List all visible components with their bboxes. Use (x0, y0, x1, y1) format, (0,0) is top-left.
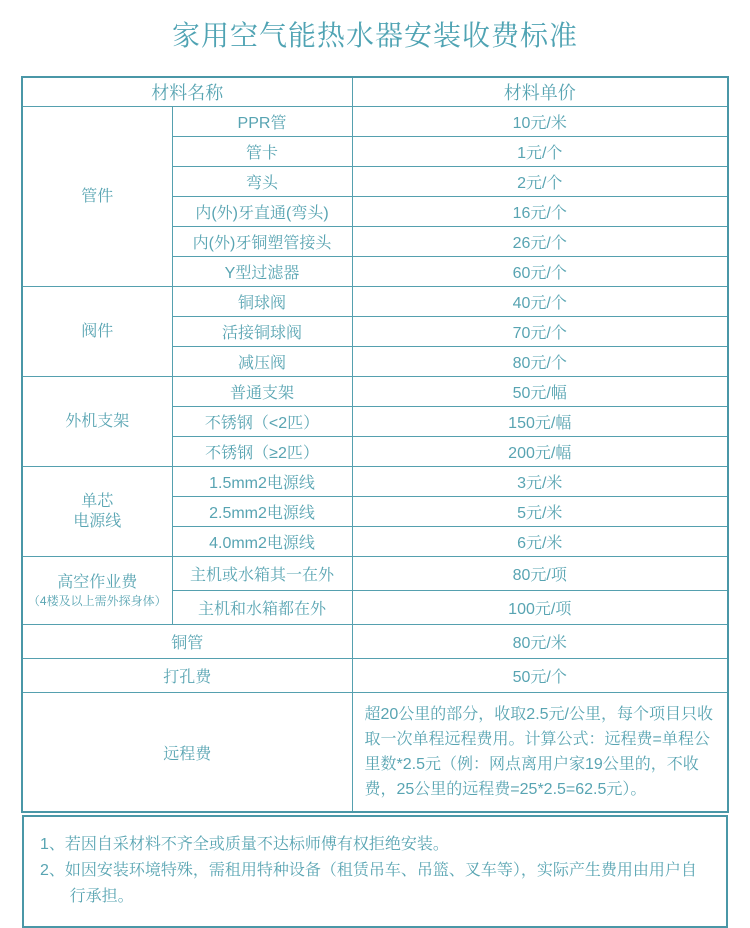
material-price-cell: 10元/米 (352, 107, 728, 137)
material-price-cell: 超20公里的部分，收取2.5元/公里，每个项目只收取一次单程远程费用。计算公式：… (352, 693, 728, 813)
pricing-sheet: 家用空气能热水器安装收费标准 材料名称 材料单价 管件PPR管10元/米管卡1元… (0, 0, 750, 928)
table-row: 单芯电源线1.5mm2电源线3元/米 (22, 467, 728, 497)
group-label: 阀件 (22, 287, 172, 377)
page-title: 家用空气能热水器安装收费标准 (0, 14, 750, 54)
column-header-unit-price: 材料单价 (352, 77, 728, 107)
material-price-cell: 200元/幅 (352, 437, 728, 467)
table-row: 阀件铜球阀40元/个 (22, 287, 728, 317)
table-row: 外机支架普通支架50元/幅 (22, 377, 728, 407)
material-name-cell: 不锈钢（≥2匹） (172, 437, 352, 467)
table-header-row: 材料名称 材料单价 (22, 77, 728, 107)
material-price-cell: 3元/米 (352, 467, 728, 497)
material-price-cell: 2元/个 (352, 167, 728, 197)
material-price-cell: 70元/个 (352, 317, 728, 347)
material-price-cell: 150元/幅 (352, 407, 728, 437)
table-row: 铜管80元/米 (22, 625, 728, 659)
material-name-cell: 弯头 (172, 167, 352, 197)
material-name-cell: 2.5mm2电源线 (172, 497, 352, 527)
note-2: 2、如因安装环境特殊，需租用特种设备（租赁吊车、吊篮、叉车等），实际产生费用由用… (40, 858, 708, 910)
group-label: 外机支架 (22, 377, 172, 467)
material-price-cell: 80元/个 (352, 347, 728, 377)
column-header-material-name: 材料名称 (22, 77, 352, 107)
price-table: 材料名称 材料单价 管件PPR管10元/米管卡1元/个弯头2元/个内(外)牙直通… (21, 76, 729, 813)
material-name-cell: 内(外)牙直通(弯头) (172, 197, 352, 227)
material-price-cell: 60元/个 (352, 257, 728, 287)
table-row: 管件PPR管10元/米 (22, 107, 728, 137)
material-name-cell: 内(外)牙铜塑管接头 (172, 227, 352, 257)
material-name-cell: 管卡 (172, 137, 352, 167)
table-body: 管件PPR管10元/米管卡1元/个弯头2元/个内(外)牙直通(弯头)16元/个内… (22, 107, 728, 813)
material-name-cell: 活接铜球阀 (172, 317, 352, 347)
material-name-cell: 铜管 (22, 625, 352, 659)
table-row: 远程费超20公里的部分，收取2.5元/公里，每个项目只收取一次单程远程费用。计算… (22, 693, 728, 813)
material-price-cell: 26元/个 (352, 227, 728, 257)
table-row: 高空作业费（4楼及以上需外探身体）主机或水箱其一在外80元/项 (22, 557, 728, 591)
table-row: 打孔费50元/个 (22, 659, 728, 693)
material-price-cell: 100元/项 (352, 591, 728, 625)
material-price-cell: 80元/项 (352, 557, 728, 591)
material-name-cell: 普通支架 (172, 377, 352, 407)
group-label: 单芯电源线 (22, 467, 172, 557)
material-name-cell: 主机和水箱都在外 (172, 591, 352, 625)
material-name-cell: 铜球阀 (172, 287, 352, 317)
notes-box: 1、若因自采材料不齐全或质量不达标师傅有权拒绝安装。 2、如因安装环境特殊，需租… (22, 815, 728, 928)
group-subtitle: （4楼及以上需外探身体） (23, 594, 172, 608)
material-price-cell: 6元/米 (352, 527, 728, 557)
material-price-cell: 5元/米 (352, 497, 728, 527)
material-name-cell: 主机或水箱其一在外 (172, 557, 352, 591)
material-name-cell: 不锈钢（<2匹） (172, 407, 352, 437)
material-name-cell: Y型过滤器 (172, 257, 352, 287)
material-name-cell: PPR管 (172, 107, 352, 137)
material-price-cell: 50元/个 (352, 659, 728, 693)
material-price-cell: 40元/个 (352, 287, 728, 317)
note-1: 1、若因自采材料不齐全或质量不达标师傅有权拒绝安装。 (40, 832, 708, 858)
material-price-cell: 1元/个 (352, 137, 728, 167)
group-label: 高空作业费（4楼及以上需外探身体） (22, 557, 172, 625)
material-name-cell: 减压阀 (172, 347, 352, 377)
material-price-cell: 16元/个 (352, 197, 728, 227)
material-name-cell: 打孔费 (22, 659, 352, 693)
material-name-cell: 1.5mm2电源线 (172, 467, 352, 497)
material-price-cell: 50元/幅 (352, 377, 728, 407)
material-name-cell: 远程费 (22, 693, 352, 813)
material-price-cell: 80元/米 (352, 625, 728, 659)
group-label: 管件 (22, 107, 172, 287)
material-name-cell: 4.0mm2电源线 (172, 527, 352, 557)
